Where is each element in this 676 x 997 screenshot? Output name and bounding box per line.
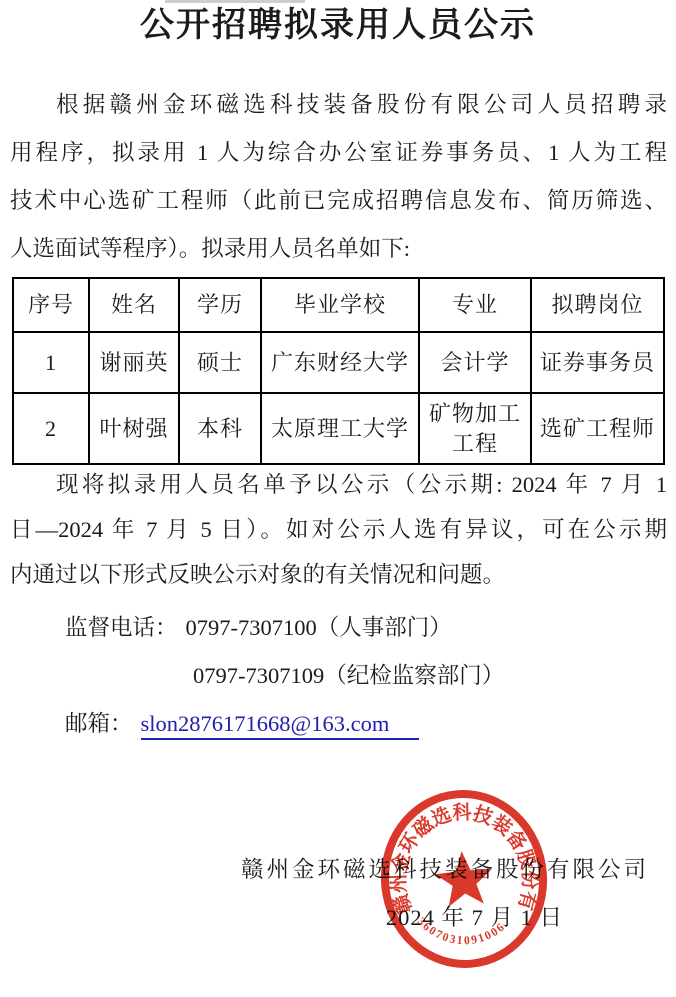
email-label: 邮箱： — [65, 711, 133, 736]
contact-block: 监督电话：0797-7307100（人事部门） 0797-7307109（纪检监… — [10, 604, 667, 748]
header-school: 毕业学校 — [261, 278, 419, 332]
seal-serial-number: 3607031091006 — [414, 907, 510, 951]
page-title: 公开招聘拟录用人员公示 — [0, 0, 676, 52]
header-major: 专业 — [419, 278, 531, 332]
candidates-table: 序号 姓名 学历 毕业学校 专业 拟聘岗位 1 谢丽英 硕士 广东财经大学 会计… — [12, 277, 665, 465]
supervision-phone-line-1: 监督电话：0797-7307100（人事部门） — [10, 604, 667, 652]
intro-line-2: 用程序，拟录用 1 人为综合办公室证券事务员、1 人为工程 — [10, 129, 667, 177]
cell-name: 叶树强 — [89, 393, 179, 464]
cell-position: 证券事务员 — [531, 332, 664, 393]
header-position: 拟聘岗位 — [531, 278, 664, 332]
cell-degree: 硕士 — [179, 332, 261, 393]
cell-major: 矿物加工工程 — [419, 393, 531, 464]
seal-star-icon — [433, 849, 495, 908]
phone-number-hr: 0797-7307100（人事部门） — [186, 615, 452, 640]
publicity-line-3: 内通过以下形式反映公示对象的有关情况和问题。 — [10, 552, 667, 597]
cell-degree: 本科 — [179, 393, 261, 464]
svg-text:3607031091006: 3607031091006 — [414, 907, 510, 951]
intro-line-3: 技术中心选矿工程师（此前已完成招聘信息发布、简历筛选、 — [10, 177, 667, 225]
header-degree: 学历 — [179, 278, 261, 332]
publicity-line-1: 现将拟录用人员名单予以公示（公示期: 2024 年 7 月 1 — [10, 462, 667, 507]
signature-date: 2024 年 7 月 1 日 — [0, 900, 676, 936]
cell-school: 太原理工大学 — [261, 393, 419, 464]
cell-serial: 2 — [13, 393, 89, 464]
intro-paragraph: 根据赣州金环磁选科技装备股份有限公司人员招聘录 用程序，拟录用 1 人为综合办公… — [10, 81, 667, 273]
phone-number-discipline: 0797-7307109（纪检监察部门） — [193, 663, 504, 688]
table-header-row: 序号 姓名 学历 毕业学校 专业 拟聘岗位 — [13, 278, 664, 332]
cell-serial: 1 — [13, 332, 89, 393]
table-row: 1 谢丽英 硕士 广东财经大学 会计学 证券事务员 — [13, 332, 664, 393]
publicity-line-2: 日—2024 年 7 月 5 日）。如对公示人选有异议，可在公示期 — [10, 507, 667, 552]
publicity-paragraph: 现将拟录用人员名单予以公示（公示期: 2024 年 7 月 1 日—2024 年… — [10, 462, 667, 597]
header-name: 姓名 — [89, 278, 179, 332]
supervision-phone-line-2: 0797-7307109（纪检监察部门） — [10, 652, 667, 700]
table-row: 2 叶树强 本科 太原理工大学 矿物加工工程 选矿工程师 — [13, 393, 664, 464]
email-line: 邮箱：slon2876171668@163.com — [10, 700, 667, 748]
signature-company: 赣州金环磁选科技装备股份有限公司 — [0, 852, 676, 888]
svg-text:赣州金环磁选科技装备股份有限公司: 赣州金环磁选科技装备股份有限公司 — [371, 782, 544, 928]
phone-label: 监督电话： — [65, 615, 178, 640]
cell-school: 广东财经大学 — [261, 332, 419, 393]
email-link[interactable]: slon2876171668@163.com — [141, 711, 420, 740]
cell-name: 谢丽英 — [89, 332, 179, 393]
cell-major: 会计学 — [419, 332, 531, 393]
intro-line-4: 人选面试等程序）。拟录用人员名单如下: — [10, 225, 667, 273]
header-serial: 序号 — [13, 278, 89, 332]
cell-position: 选矿工程师 — [531, 393, 664, 464]
announcement-document: 公开招聘拟录用人员公示 根据赣州金环磁选科技装备股份有限公司人员招聘录 用程序，… — [0, 0, 676, 997]
company-seal-stamp: 赣州金环磁选科技装备股份有限公司 3607031091006 — [371, 782, 556, 976]
intro-line-1: 根据赣州金环磁选科技装备股份有限公司人员招聘录 — [10, 81, 667, 129]
seal-ring-text: 赣州金环磁选科技装备股份有限公司 — [371, 782, 544, 928]
